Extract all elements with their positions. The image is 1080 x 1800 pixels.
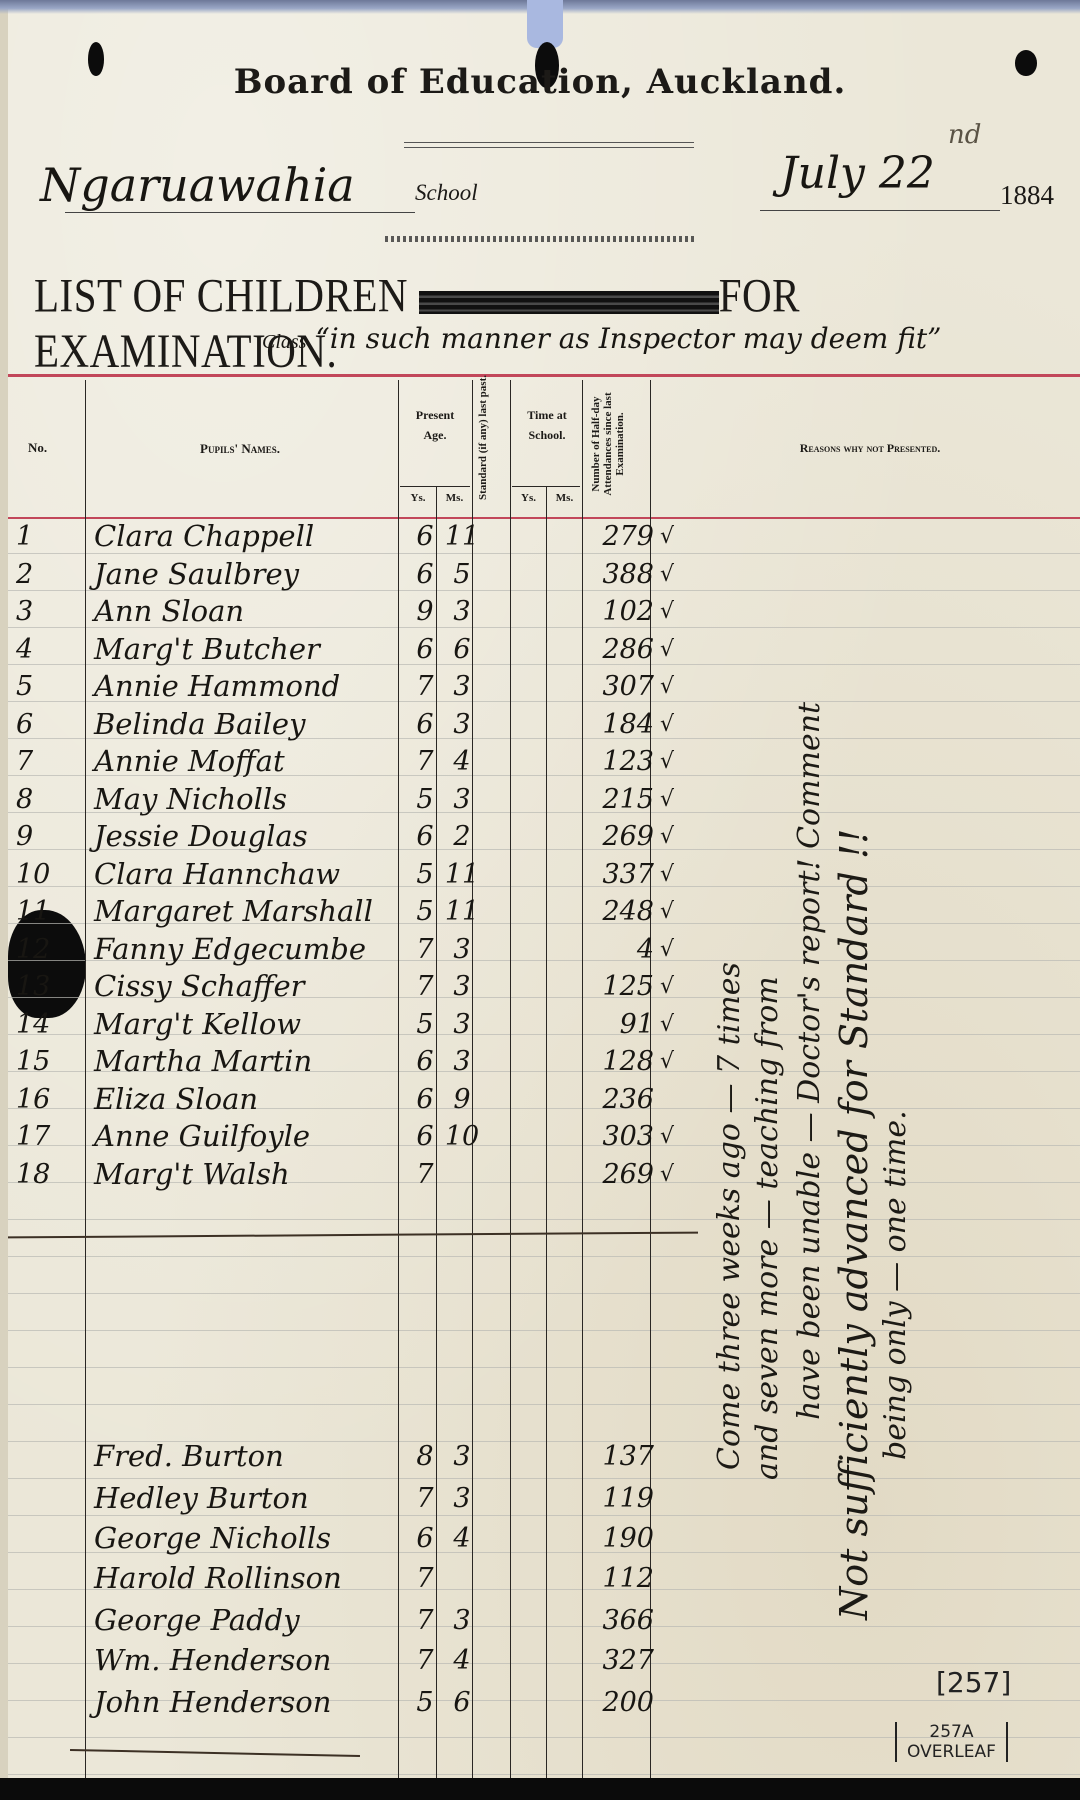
attendances: 137 [592,1438,654,1475]
age-years: 7 [406,1480,444,1517]
table-row: Harold Rollinson7112 [8,1560,728,1597]
row-number: 13 [16,968,76,1005]
pupil-name: Marg't Butcher [94,631,404,668]
age-months: 11 [444,518,480,555]
header-time-ms: Ms. [547,492,582,504]
row-number: 6 [16,706,76,743]
age-months: 3 [444,968,480,1005]
table-row: 2Jane Saulbrey65388√ [8,556,728,593]
presented-tick: √ [660,781,684,818]
remark-line-4: Not sufficiently advanced for Standard !… [832,829,876,1620]
table-row: 16Eliza Sloan69236 [8,1081,728,1118]
attendances: 303 [592,1118,654,1155]
header-pupils-names: Pupils' Names. [140,441,340,457]
age-years: 5 [406,893,444,930]
table-row: 18Marg't Walsh7269√ [8,1156,728,1193]
school-name: Ngaruawahia [40,158,355,212]
pupil-name: Clara Hannchaw [94,856,404,893]
header-attendances-text: Number of Half-day Attendances since las… [590,392,626,495]
pupil-name: Martha Martin [94,1043,404,1080]
ruled-line [8,1404,1080,1405]
row-number: 5 [16,668,76,705]
pupil-name: Fred. Burton [94,1438,404,1475]
pupil-name: Eliza Sloan [94,1081,404,1118]
school-underline [65,212,415,213]
attendances: 102 [592,593,654,630]
overleaf-number: 257A [907,1722,996,1742]
attendances: 236 [592,1081,654,1118]
presented-tick: √ [660,556,684,593]
age-years: 5 [406,856,444,893]
attendances: 123 [592,743,654,780]
pupil-name: Belinda Bailey [94,706,404,743]
ruled-line [8,1330,1080,1331]
ruled-line [8,1774,1080,1775]
pupil-name: Cissy Schaffer [94,968,404,1005]
age-years: 7 [406,668,444,705]
date-suffix: nd [948,120,981,150]
pupil-name: Annie Moffat [94,743,404,780]
age-years: 6 [406,706,444,743]
attendances: 112 [592,1560,654,1597]
age-months: 11 [444,856,480,893]
age-years: 6 [406,818,444,855]
age-months: 3 [444,1438,480,1475]
row-number: 18 [16,1156,76,1193]
archive-overleaf-reference: 257A OVERLEAF [895,1722,1008,1762]
presented-tick: √ [660,818,684,855]
age-years: 5 [406,1684,444,1721]
board-title: Board of Education, Auckland. [0,62,1080,102]
presented-tick: √ [660,1006,684,1043]
table-row: Fred. Burton83137 [8,1438,728,1475]
table-row: 8May Nicholls53215√ [8,781,728,818]
ruled-line [8,1256,1080,1257]
row-number: 2 [16,556,76,593]
presented-tick: √ [660,743,684,780]
pupil-name: Harold Rollinson [94,1560,404,1597]
attendances: 248 [592,893,654,930]
header-no: No. [28,440,47,456]
age-subheader-rule [400,486,470,487]
archive-page-reference: [257] [936,1666,1011,1699]
pupil-name: John Henderson [94,1684,404,1721]
pupil-name: Margaret Marshall [94,893,404,930]
age-months: 3 [444,1602,480,1639]
header-reasons: Reasons why not Presented. [740,441,1000,456]
presented-tick: √ [660,518,684,555]
table-row: 4Marg't Butcher66286√ [8,631,728,668]
pupil-name: Fanny Edgecumbe [94,931,404,968]
header-time-at-school: Time at School. [514,405,580,445]
age-months: 3 [444,781,480,818]
row-number: 12 [16,931,76,968]
age-months: 11 [444,893,480,930]
attendances: 4 [592,931,654,968]
attendances: 388 [592,556,654,593]
attendances: 307 [592,668,654,705]
age-years: 8 [406,1438,444,1475]
attendances: 366 [592,1602,654,1639]
header-time-ys: Ys. [511,492,546,504]
age-years: 6 [406,518,444,555]
pupil-name: Wm. Henderson [94,1642,404,1679]
list-title-before: LIST OF CHILDREN [34,269,408,322]
age-months: 9 [444,1081,480,1118]
attendances: 184 [592,706,654,743]
age-years: 6 [406,1081,444,1118]
presented-tick: √ [660,931,684,968]
class-note-text: “in such manner as Inspector may deem fi… [315,322,941,355]
attendances: 269 [592,818,654,855]
remark-line-5: being only — one time. [878,1110,913,1460]
header-age-ms: Ms. [437,492,472,504]
age-years: 6 [406,1520,444,1557]
table-row: 5Annie Hammond73307√ [8,668,728,705]
row-number: 1 [16,518,76,555]
age-years: 7 [406,1560,444,1597]
attendances: 119 [592,1480,654,1517]
page-left-edge [0,0,8,1800]
class-note: Class “in such manner as Inspector may d… [262,322,941,355]
attendances: 215 [592,781,654,818]
age-years: 5 [406,1006,444,1043]
table-row: 3Ann Sloan93102√ [8,593,728,630]
pupil-name: Clara Chappell [94,518,404,555]
age-months: 6 [444,631,480,668]
age-months: 4 [444,1642,480,1679]
table-row: 11Margaret Marshall511248√ [8,893,728,930]
school-label: School [415,180,478,206]
row-number: 17 [16,1118,76,1155]
table-row: 1Clara Chappell611279√ [8,518,728,555]
table-row: 9Jessie Douglas62269√ [8,818,728,855]
row-number: 7 [16,743,76,780]
age-months: 3 [444,593,480,630]
header-attendances: Number of Half-day Attendances since las… [590,380,626,508]
age-years: 6 [406,1043,444,1080]
row-number: 11 [16,893,76,930]
header-standard-text: Standard (if any) last past. [477,375,489,500]
pupil-name: Jessie Douglas [94,818,404,855]
pupil-name: Ann Sloan [94,593,404,630]
age-months: 5 [444,556,480,593]
table-row: 6Belinda Bailey63184√ [8,706,728,743]
age-years: 7 [406,1642,444,1679]
pupil-name: May Nicholls [94,781,404,818]
attendances: 190 [592,1520,654,1557]
date-day: July 22 [780,148,935,199]
table-row: 7Annie Moffat74123√ [8,743,728,780]
date-year: 1884 [1000,180,1054,211]
age-months: 2 [444,818,480,855]
header-age-ys: Ys. [400,492,436,504]
age-months: 3 [444,1043,480,1080]
header-top-red-rule [8,374,1080,377]
table-row: George Nicholls64190 [8,1520,728,1557]
pupil-name: Hedley Burton [94,1480,404,1517]
pupil-name: Marg't Walsh [94,1156,404,1193]
ruled-line [8,1367,1080,1368]
age-months: 4 [444,1520,480,1557]
date-underline [760,210,1000,211]
attendances: 286 [592,631,654,668]
age-months: 4 [444,743,480,780]
presented-tick: √ [660,631,684,668]
age-months: 3 [444,668,480,705]
pupil-name: Jane Saulbrey [94,556,404,593]
row-number: 3 [16,593,76,630]
age-months: 6 [444,1684,480,1721]
pupil-name: George Nicholls [94,1520,404,1557]
remark-line-3: have been unable — Doctor's report! Comm… [792,702,827,1420]
presented-tick: √ [660,856,684,893]
age-years: 7 [406,1156,444,1193]
row-number: 4 [16,631,76,668]
attendances: 279 [592,518,654,555]
ruled-line [8,1478,1080,1479]
presented-tick: √ [660,1118,684,1155]
age-months: 10 [444,1118,480,1155]
age-years: 6 [406,631,444,668]
age-months: 3 [444,706,480,743]
table-row: Hedley Burton73119 [8,1480,728,1517]
age-years: 9 [406,593,444,630]
table-row: 17Anne Guilfoyle610303√ [8,1118,728,1155]
remark-line-2: and seven more — teaching from [750,976,785,1480]
wavy-divider [385,236,695,242]
presented-tick: √ [660,593,684,630]
time-subheader-rule [512,486,580,487]
table-row: 10Clara Hannchaw511337√ [8,856,728,893]
presented-tick: √ [660,893,684,930]
header-standard: Standard (if any) last past. [478,380,489,500]
attendances: 91 [592,1006,654,1043]
table-row: George Paddy73366 [8,1602,728,1639]
attendances: 337 [592,856,654,893]
row-number: 8 [16,781,76,818]
age-years: 5 [406,781,444,818]
attendances: 269 [592,1156,654,1193]
age-years: 7 [406,743,444,780]
row-number: 10 [16,856,76,893]
attendances: 200 [592,1684,654,1721]
ruled-line [8,1219,1080,1220]
table-row: John Henderson56200 [8,1684,728,1721]
presented-tick: √ [660,706,684,743]
table-row: 15Martha Martin63128√ [8,1043,728,1080]
table-row: 13Cissy Schaffer73125√ [8,968,728,1005]
remark-line-1: Come three weeks ago — 7 times [712,962,747,1470]
scan-bottom-edge [0,1778,1080,1800]
age-years: 6 [406,1118,444,1155]
row-number: 15 [16,1043,76,1080]
attendances: 125 [592,968,654,1005]
presented-tick: √ [660,1043,684,1080]
table-row: Wm. Henderson74327 [8,1642,728,1679]
age-months: 3 [444,931,480,968]
row-number: 14 [16,1006,76,1043]
attendances: 327 [592,1642,654,1679]
pupil-name: George Paddy [94,1602,404,1639]
binding-tab [527,0,563,48]
table-row: 12Fanny Edgecumbe734√ [8,931,728,968]
row-number: 9 [16,818,76,855]
presented-tick: √ [660,1156,684,1193]
age-years: 7 [406,1602,444,1639]
age-years: 6 [406,556,444,593]
pupil-name: Annie Hammond [94,668,404,705]
pupil-name: Marg't Kellow [94,1006,404,1043]
age-years: 7 [406,931,444,968]
pupil-name: Anne Guilfoyle [94,1118,404,1155]
header-present-age: Present Age. [406,405,464,445]
table-row: 14Marg't Kellow5391√ [8,1006,728,1043]
row-number: 16 [16,1081,76,1118]
presented-tick: √ [660,668,684,705]
attendances: 128 [592,1043,654,1080]
class-note-prefix: Class [262,331,306,353]
age-years: 7 [406,968,444,1005]
ruled-line [8,1293,1080,1294]
title-double-rule [404,142,694,148]
age-months: 3 [444,1480,480,1517]
struck-out-word: NOT PRESENTED [419,284,719,319]
presented-tick: √ [660,968,684,1005]
age-months: 3 [444,1006,480,1043]
overleaf-label: OVERLEAF [907,1742,996,1762]
